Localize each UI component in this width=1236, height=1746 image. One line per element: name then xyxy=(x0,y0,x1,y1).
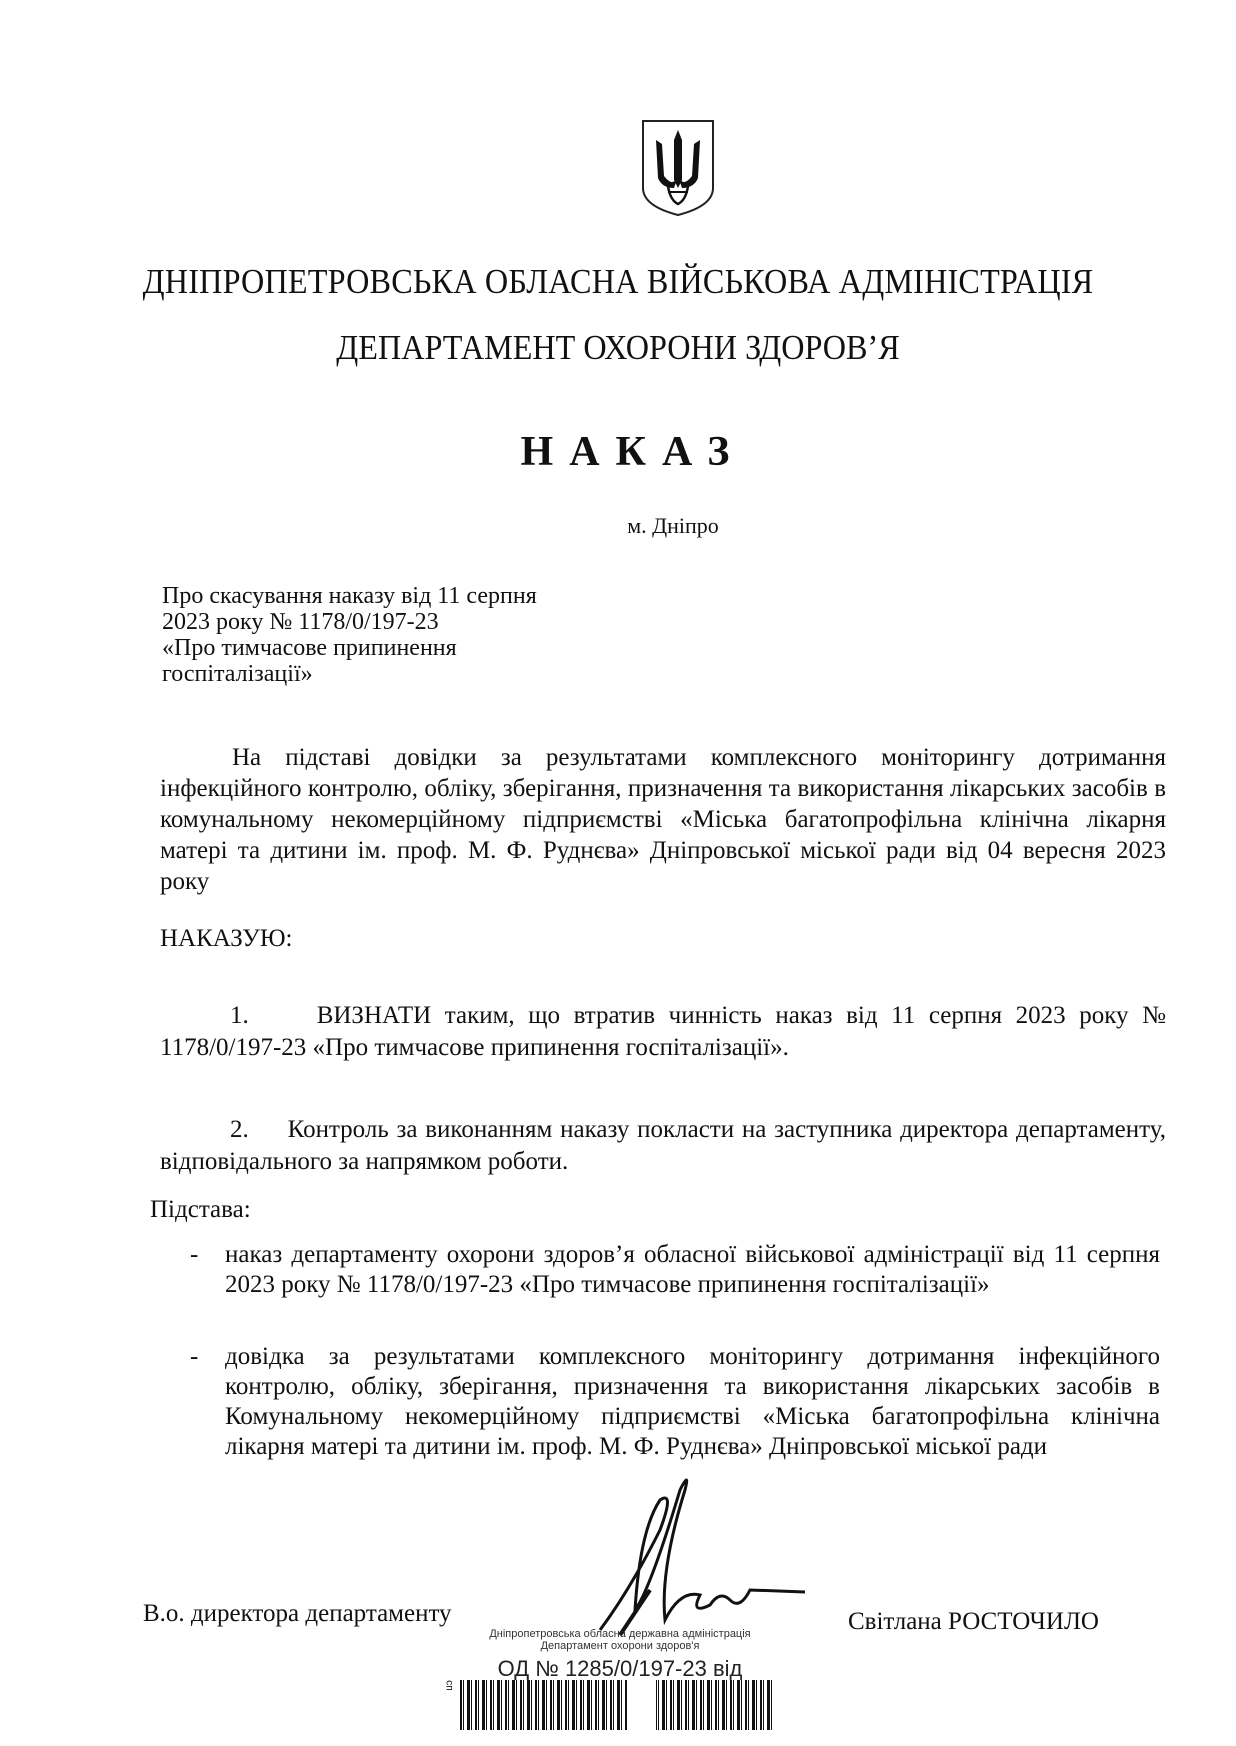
order-word: НАКАЗУЮ: xyxy=(160,925,292,953)
organization-title: ДНІПРОПЕТРОВСЬКА ОБЛАСНА ВІЙСЬКОВА АДМІН… xyxy=(49,262,1186,302)
subject-line: «Про тимчасове припинення xyxy=(162,635,537,661)
department-title: ДЕПАРТАМЕНТ ОХОРОНИ ЗДОРОВ’Я xyxy=(49,328,1186,368)
order-item: 2. Контроль за виконанням наказу покласт… xyxy=(160,1114,1166,1178)
basis-item: - довідка за результатами комплексного м… xyxy=(190,1342,1160,1462)
subject-line: Про скасування наказу від 11 серпня xyxy=(162,583,537,609)
signatory-role: В.о. директора департаменту xyxy=(143,1600,452,1628)
document-type: НАКАЗ xyxy=(0,428,1236,476)
handwritten-signature-icon xyxy=(590,1470,810,1640)
subject-line: госпіталізації» xyxy=(162,661,537,687)
city: м. Дніпро xyxy=(0,513,1236,539)
preamble: На підставі довідки за результатами комп… xyxy=(160,742,1166,897)
stamp-organization: Дніпропетровська обласна державна адміні… xyxy=(440,1628,800,1640)
barcode-gap xyxy=(628,1680,656,1730)
barcode xyxy=(460,1680,772,1730)
item-text: ВИЗНАТИ таким, що втратив чинність наказ… xyxy=(160,1002,1166,1061)
basis-label: Підстава: xyxy=(150,1196,251,1224)
item-number: 1. xyxy=(230,1002,249,1029)
order-item: 1. ВИЗНАТИ таким, що втратив чинність на… xyxy=(160,1000,1166,1064)
bullet: - xyxy=(190,1342,198,1372)
barcode-mark: сп xyxy=(444,1680,455,1690)
basis-text: наказ департаменту охорони здоров’я обла… xyxy=(225,1240,1160,1300)
item-number: 2. xyxy=(230,1116,249,1143)
basis-text: довідка за результатами комплексного мон… xyxy=(225,1342,1160,1462)
signatory-name: Світлана РОСТОЧИЛО xyxy=(848,1608,1099,1636)
basis-item: - наказ департаменту охорони здоров’я об… xyxy=(190,1240,1160,1300)
subject-block: Про скасування наказу від 11 серпня 2023… xyxy=(162,583,537,687)
bullet: - xyxy=(190,1240,198,1270)
item-text: Контроль за виконанням наказу покласти н… xyxy=(160,1116,1166,1175)
subject-line: 2023 року № 1178/0/197-23 xyxy=(162,609,537,635)
stamp-department: Департамент охорони здоров'я xyxy=(440,1640,800,1652)
trident-coat-of-arms-icon xyxy=(640,118,716,218)
